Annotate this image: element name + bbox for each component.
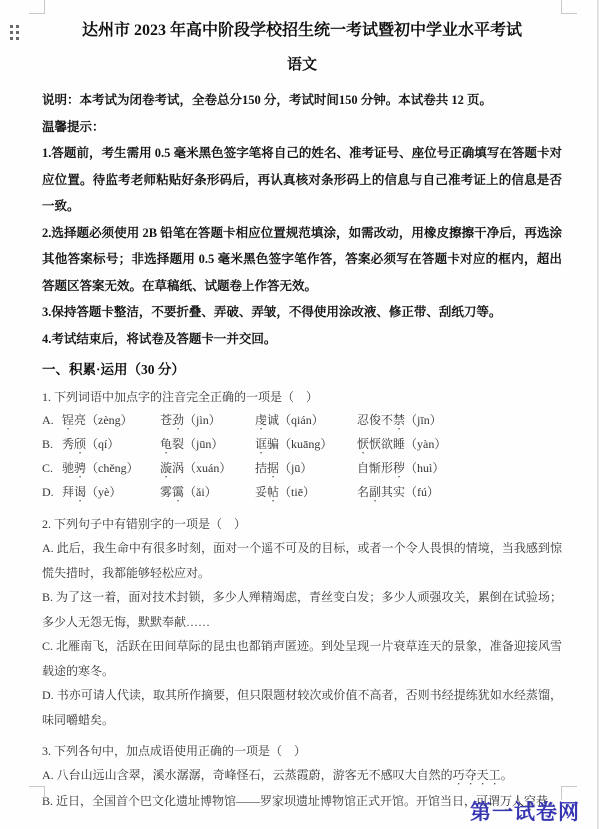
word-text: 秀 (62, 437, 74, 451)
word-with-pinyin: 锃亮（zèng） (62, 409, 160, 433)
tips-title: 温馨提示： (42, 114, 562, 141)
option-label: B. (42, 433, 62, 457)
drag-handle-icon (10, 25, 19, 40)
section-title: 一、积累·运用（30 分） (42, 358, 562, 378)
question-option: A. 八台山远山含翠，溪水潺潺，奇峰怪石，云蒸霞蔚，游客无不感叹大自然的巧夺天工… (42, 763, 562, 789)
exam-paper-page: 达州市 2023 年高中阶段学校招生统一考试暨初中学业水平考试 语文 说明：本考… (0, 0, 599, 829)
emphasized-char: 锃 (62, 413, 74, 427)
word-with-pinyin: 驰骋（chěng） (62, 457, 160, 481)
emphasized-char: 副 (369, 485, 381, 499)
word-text: 裂 (172, 437, 184, 451)
word-with-pinyin: 漩涡（xuán） (160, 457, 255, 481)
question-2: 2. 下列句子中有错别字的一项是（ ） A. 此后，我生命中有很多时刻，面对一个… (42, 513, 562, 732)
option-text: 。 (501, 768, 513, 782)
watermark: 第一试卷网 (470, 796, 580, 826)
word-text: 苍 (160, 413, 172, 427)
word-with-pinyin: 秀颀（qí） (62, 433, 160, 457)
pinyin-text: （huì） (405, 461, 444, 475)
word-text: 忍俊不 (357, 413, 393, 427)
word-with-pinyin: 忍俊不禁（jīn） (357, 409, 442, 433)
pinyin-text: （qí） (86, 437, 119, 451)
option-label: D. (42, 481, 62, 505)
question-option: C. 北雁南飞，活跃在田间草际的昆虫也都销声匿迹。到处呈现一片衰草连天的景象，准… (42, 634, 562, 683)
option-label: A. (42, 409, 62, 433)
word-with-pinyin: 拮据（jū） (255, 457, 357, 481)
pinyin-text: （qián） (279, 413, 324, 427)
pinyin-text: （yàn） (405, 437, 446, 451)
word-with-pinyin: 雾霭（ǎi） (160, 481, 255, 505)
pinyin-text: （jīn） (405, 413, 442, 427)
pinyin-text: （xuán） (184, 461, 231, 475)
emphasized-char: 龟 (160, 437, 172, 451)
q1-option-row: C.驰骋（chěng）漩涡（xuán）拮据（jū）自惭形秽（huì） (42, 457, 562, 481)
emphasized-char: 据 (267, 461, 279, 475)
q2-stem: 2. 下列句子中有错别字的一项是（ ） (42, 513, 562, 536)
word-with-pinyin: 恹恹欲睡（yàn） (357, 433, 446, 457)
question-option: D. 书亦可请人代读，取其所作摘要，但只限题材较次或价值不高者，否则书经提练犹如… (42, 683, 562, 732)
word-text: 骗 (267, 437, 279, 451)
word-with-pinyin: 虔诚（qián） (255, 409, 357, 433)
word-text: 亮 (74, 413, 86, 427)
pinyin-text: （kuāng） (279, 437, 332, 451)
q3-stem: 3. 下列各句中，加点成语使用正确的一项是（ ） (42, 740, 562, 763)
emphasized-char: 骋 (74, 461, 86, 475)
question-1: 1. 下列词语中加点字的注音完全正确的一项是（ ） A.锃亮（zèng）苍劲（j… (42, 386, 562, 505)
word-text: 诚 (267, 413, 279, 427)
option-text: B. 近日，全国首个巴文化遗址博物馆——罗家坝遗址博物馆正式开馆。开馆当日，可谓 (42, 794, 500, 808)
crop-mark-top-right-icon (561, 0, 577, 14)
exam-subject: 语文 (42, 53, 562, 74)
word-with-pinyin: 苍劲（jìn） (160, 409, 255, 433)
word-text: 拮 (255, 461, 267, 475)
emphasized-idiom: 巧夺天工 (453, 768, 501, 782)
tip-item-1: 1.答题前，考生需用 0.5 毫米黑色签字笔将自己的姓名、准考证号、座位号正确填… (42, 140, 562, 220)
word-text: 拜 (62, 485, 74, 499)
q1-option-row: B.秀颀（qí）龟裂（jūn）诓骗（kuāng）恹恹欲睡（yàn） (42, 433, 562, 457)
word-text: 其实 (381, 485, 405, 499)
word-with-pinyin: 龟裂（jūn） (160, 433, 255, 457)
q1-option-row: A.锃亮（zèng）苍劲（jìn）虔诚（qián）忍俊不禁（jīn） (42, 409, 562, 433)
emphasized-char: 劲 (172, 413, 184, 427)
tip-item-2: 2.选择题必须使用 2B 铅笔在答题卡相应位置规范填涂，如需改动，用橡皮擦擦干净… (42, 220, 562, 300)
word-text: 雾 (160, 485, 172, 499)
emphasized-char: 恹 (357, 437, 369, 451)
emphasized-char: 霭 (172, 485, 184, 499)
pinyin-text: （jū） (279, 461, 312, 475)
word-text: 恹欲睡 (369, 437, 405, 451)
option-label: C. (42, 457, 62, 481)
word-with-pinyin: 自惭形秽（huì） (357, 457, 444, 481)
emphasized-char: 颀 (74, 437, 86, 451)
emphasized-char: 诓 (255, 437, 267, 451)
word-with-pinyin: 诓骗（kuāng） (255, 433, 357, 457)
word-text: 自惭形 (357, 461, 393, 475)
pinyin-text: （jìn） (184, 413, 221, 427)
document-content: 达州市 2023 年高中阶段学校招生统一考试暨初中学业水平考试 语文 说明：本考… (0, 0, 599, 814)
q2-options: A. 此后，我生命中有很多时刻，面对一个遥不可及的目标，或者一个令人畏惧的情境，… (42, 536, 562, 732)
emphasized-char: 虔 (255, 413, 267, 427)
pinyin-text: （tiē） (279, 485, 315, 499)
exam-notice: 说明：本考试为闭卷考试，全卷总分150 分，考试时间150 分钟。本试卷共 12… (42, 87, 562, 352)
question-option: B. 为了这一着，面对技术封锁，多少人殚精竭虑，青丝变白发；多少人顽强攻关，累倒… (42, 585, 562, 634)
emphasized-char: 漩 (160, 461, 172, 475)
crop-mark-top-left-icon (29, 0, 45, 14)
q1-options: A.锃亮（zèng）苍劲（jìn）虔诚（qián）忍俊不禁（jīn）B.秀颀（q… (42, 409, 562, 505)
word-text: 驰 (62, 461, 74, 475)
word-text: 名 (357, 485, 369, 499)
emphasized-char: 秽 (393, 461, 405, 475)
tip-item-3: 3.保持答题卡整洁，不要折叠、弄破、弄皱，不得使用涂改液、修正带、刮纸刀等。 (42, 299, 562, 326)
emphasized-char: 帖 (267, 485, 279, 499)
q1-stem: 1. 下列词语中加点字的注音完全正确的一项是（ ） (42, 386, 562, 409)
question-option: A. 此后，我生命中有很多时刻，面对一个遥不可及的目标，或者一个令人畏惧的情境，… (42, 536, 562, 585)
word-text: 涡 (172, 461, 184, 475)
pinyin-text: （yè） (86, 485, 121, 499)
pinyin-text: （ǎi） (184, 485, 217, 499)
pinyin-text: （fú） (405, 485, 439, 499)
q1-option-row: D.拜谒（yè）雾霭（ǎi）妥帖（tiē）名副其实（fú） (42, 481, 562, 505)
exam-note: 说明：本考试为闭卷考试，全卷总分150 分，考试时间150 分钟。本试卷共 12… (42, 87, 562, 114)
word-text: 妥 (255, 485, 267, 499)
tip-item-4: 4.考试结束后，将试卷及答题卡一并交回。 (42, 326, 562, 353)
pinyin-text: （jūn） (184, 437, 223, 451)
pinyin-text: （chěng） (86, 461, 139, 475)
pinyin-text: （zèng） (86, 413, 133, 427)
option-text: A. 八台山远山含翠，溪水潺潺，奇峰怪石，云蒸霞蔚，游客无不感叹大自然的 (42, 768, 453, 782)
word-with-pinyin: 名副其实（fú） (357, 481, 439, 505)
emphasized-char: 谒 (74, 485, 86, 499)
crop-mark-bottom-left-icon (29, 786, 45, 800)
exam-title: 达州市 2023 年高中阶段学校招生统一考试暨初中学业水平考试 (42, 20, 562, 42)
emphasized-char: 禁 (393, 413, 405, 427)
word-with-pinyin: 妥帖（tiē） (255, 481, 357, 505)
word-with-pinyin: 拜谒（yè） (62, 481, 160, 505)
